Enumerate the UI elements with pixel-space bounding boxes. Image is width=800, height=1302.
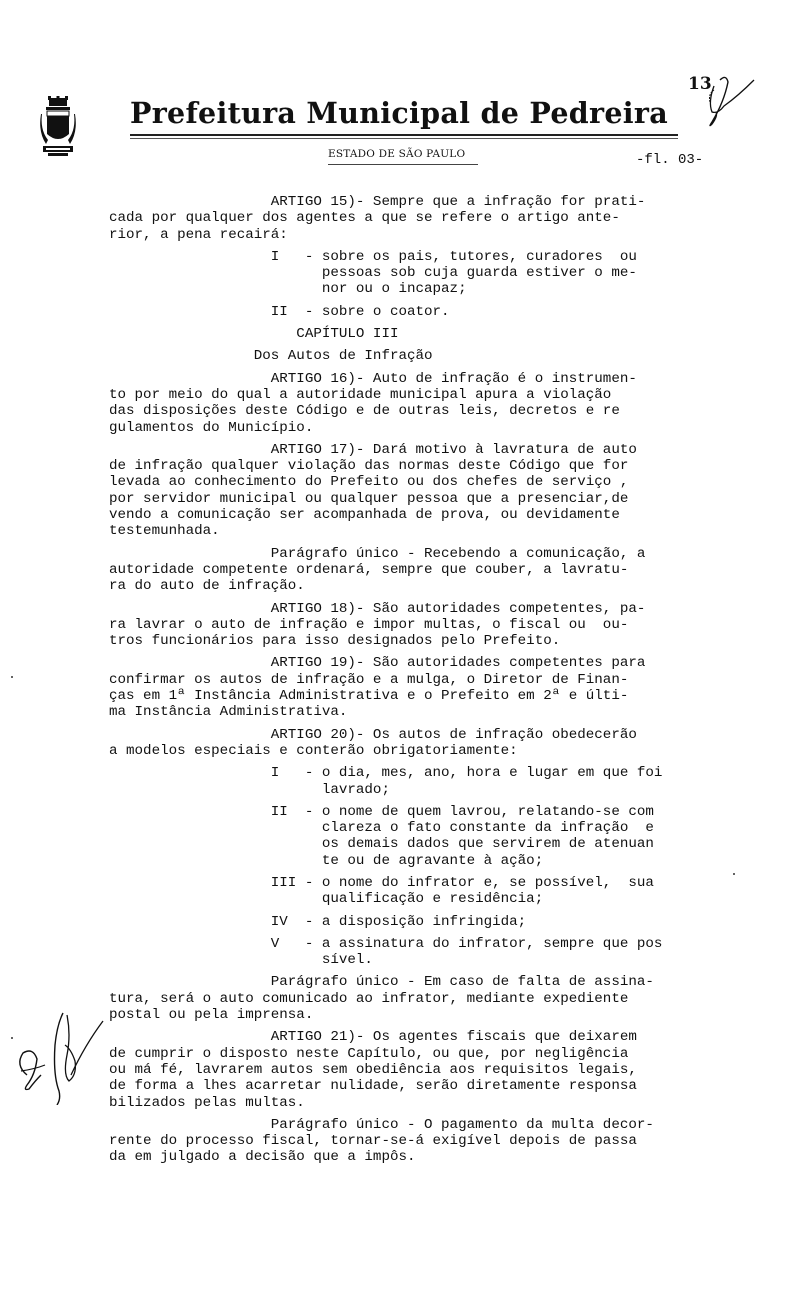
text-line: vendo a comunicação ser acompanhada de p… [109,507,709,523]
text-line: sível. [109,952,709,968]
text-line: III - o nome do infrator e, se possível,… [109,875,709,891]
scan-speck [733,873,735,875]
text-line: ou má fé, lavrarem autos sem obediência … [109,1062,709,1078]
text-line: lavrado; [109,782,709,798]
page-title: Prefeitura Municipal de Pedreira [130,96,668,130]
municipal-coat-of-arms-icon [40,96,76,158]
text-line: Parágrafo único - Recebendo a comunicaçã… [109,546,709,562]
text-line: bilizados pelas multas. [109,1095,709,1111]
text-line: I - o dia, mes, ano, hora e lugar em que… [109,765,709,781]
state-label: ESTADO DE SÃO PAULO [328,148,465,160]
text-line: a modelos especiais e conterão obrigator… [109,743,709,759]
text-line: ra lavrar o auto de infração e impor mul… [109,617,709,633]
text-line: nor ou o incapaz; [109,281,709,297]
text-line: os demais dados que servirem de atenuan [109,836,709,852]
text-line: postal ou pela imprensa. [109,1007,709,1023]
document-page: Prefeitura Municipal de Pedreira ESTADO … [0,0,800,1302]
text-line: testemunhada. [109,523,709,539]
text-line: autoridade competente ordenará, sempre q… [109,562,709,578]
text-line: de cumprir o disposto neste Capítulo, ou… [109,1046,709,1062]
text-line: de forma a lhes acarretar nulidade, serã… [109,1078,709,1094]
text-line: clareza o fato constante da infração e [109,820,709,836]
text-line: de infração qualquer violação das normas… [109,458,709,474]
text-line: IV - a disposição infringida; [109,914,709,930]
text-line: da em julgado a decisão que a impôs. [109,1149,709,1165]
text-line: CAPÍTULO III [109,326,709,342]
text-line: cada por qualquer dos agentes a que se r… [109,210,709,226]
text-line: ARTIGO 21)- Os agentes fiscais que deixa… [109,1029,709,1045]
text-line: to por meio do qual a autoridade municip… [109,387,709,403]
text-line: ARTIGO 20)- Os autos de infração obedece… [109,727,709,743]
text-line: confirmar os autos de infração e a mulga… [109,672,709,688]
text-line: ARTIGO 17)- Dará motivo à lavratura de a… [109,442,709,458]
text-line: pessoas sob cuja guarda estiver o me- [109,265,709,281]
text-line: rior, a pena recairá: [109,227,709,243]
text-line: Parágrafo único - O pagamento da multa d… [109,1117,709,1133]
text-line: ARTIGO 19)- São autoridades competentes … [109,655,709,671]
text-line: qualificação e residência; [109,891,709,907]
handwritten-initials-icon [698,72,758,132]
text-line: II - sobre o coator. [109,304,709,320]
text-line: das disposições deste Código e de outras… [109,403,709,419]
folio-number: -fl. 03- [636,152,703,168]
text-line: I - sobre os pais, tutores, curadores ou [109,249,709,265]
text-line: ARTIGO 15)- Sempre que a infração for pr… [109,194,709,210]
text-line: V - a assinatura do infrator, sempre que… [109,936,709,952]
text-line: por servidor municipal ou qualquer pesso… [109,491,709,507]
state-underline [328,164,478,165]
text-line: ra do auto de infração. [109,578,709,594]
text-line: tros funcionários para isso designados p… [109,633,709,649]
document-body: ARTIGO 15)- Sempre que a infração for pr… [109,194,709,1166]
text-line: Dos Autos de Infração [109,348,709,364]
text-line: ças em 1ª Instância Administrativa e o P… [109,688,709,704]
text-line: levada ao conhecimento do Prefeito ou do… [109,474,709,490]
text-line: ARTIGO 18)- São autoridades competentes,… [109,601,709,617]
text-line: Parágrafo único - Em caso de falta de as… [109,974,709,990]
handwritten-signature-icon [5,1005,105,1105]
text-line: II - o nome de quem lavrou, relatando-se… [109,804,709,820]
text-line: te ou de agravante à ação; [109,853,709,869]
header-rule [130,134,678,136]
scan-speck [11,1037,13,1039]
scan-speck [11,676,13,678]
text-line: gulamentos do Município. [109,420,709,436]
text-line: ma Instância Administrativa. [109,704,709,720]
header-rule-thin [130,138,678,139]
text-line: tura, será o auto comunicado ao infrator… [109,991,709,1007]
text-line: ARTIGO 16)- Auto de infração é o instrum… [109,371,709,387]
text-line: rente do processo fiscal, tornar-se-á ex… [109,1133,709,1149]
